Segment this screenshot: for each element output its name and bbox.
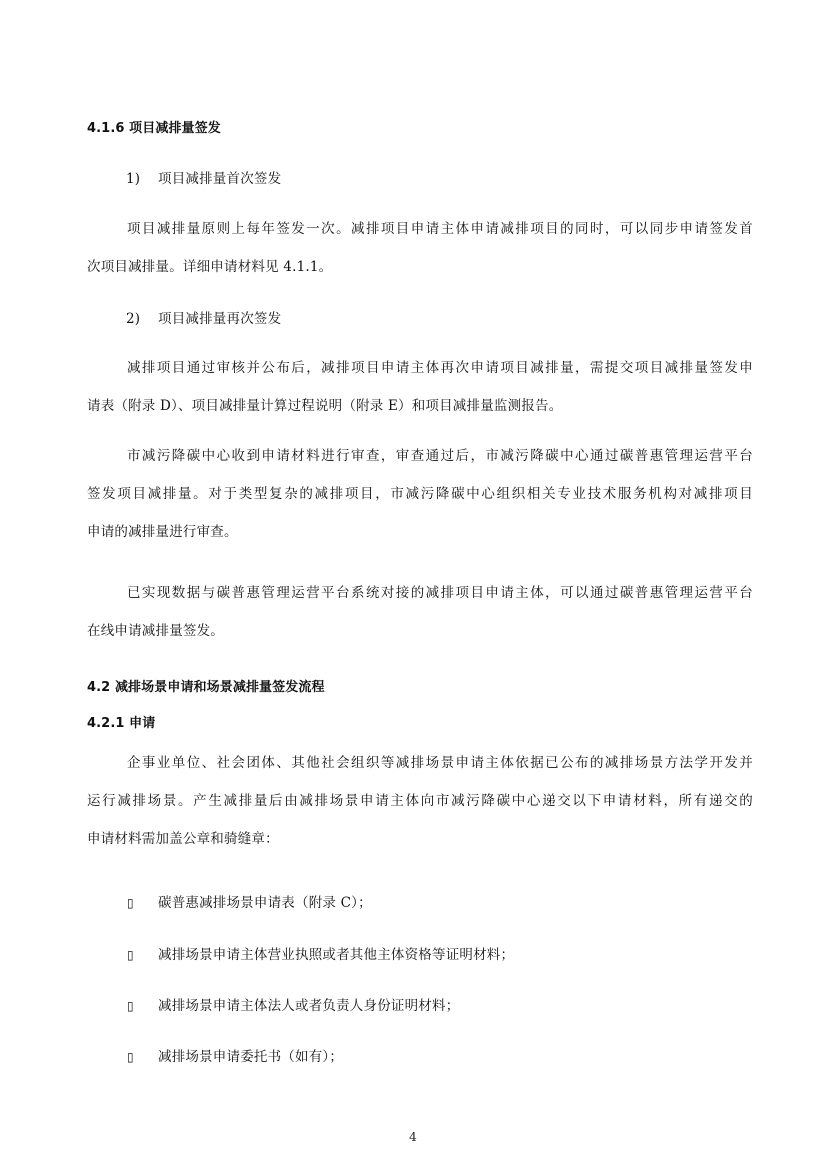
section-heading-4-1-6: 4.1.6 项目减排量签发 bbox=[87, 120, 221, 138]
bullet-item: 减排场景申请委托书（如有）； bbox=[158, 1048, 343, 1066]
document-page: 4.1.6 项目减排量签发 1) 项目减排量首次签发 项目减排量原则上每年签发一… bbox=[0, 0, 826, 1169]
bullet-box-icon: ▯ bbox=[127, 946, 134, 964]
bullet-item: 碳普惠减排场景申请表（附录 C）； bbox=[158, 894, 372, 912]
bullet-item: 减排场景申请主体营业执照或者其他主体资格等证明材料； bbox=[158, 946, 514, 964]
paragraph-line: 请表（附录 D）、项目减排量计算过程说明（附录 E）和项目减排量监测报告。 bbox=[87, 397, 562, 415]
subheading-re-issuance: 项目减排量再次签发 bbox=[158, 310, 281, 328]
bullet-box-icon: ▯ bbox=[127, 997, 134, 1015]
bullet-box-icon: ▯ bbox=[127, 894, 134, 912]
subheading-first-issuance: 项目减排量首次签发 bbox=[158, 170, 281, 188]
list-label-2: 2) bbox=[126, 310, 140, 328]
paragraph-line: 在线申请减排量签发。 bbox=[87, 622, 224, 640]
section-heading-4-2: 4.2 减排场景申请和场景减排量签发流程 bbox=[87, 679, 325, 697]
paragraph-line: 减排项目通过审核并公布后，减排项目申请主体再次申请项目减排量，需提交项目减排量签… bbox=[127, 359, 753, 377]
bullet-box-icon: ▯ bbox=[127, 1048, 134, 1066]
paragraph-line: 申请的减排量进行审查。 bbox=[87, 523, 238, 541]
page-number: 4 bbox=[0, 1130, 826, 1144]
paragraph-line: 签发项目减排量。对于类型复杂的减排项目，市减污降碳中心组织相关专业技术服务机构对… bbox=[87, 485, 753, 503]
section-heading-4-2-1: 4.2.1 申请 bbox=[87, 715, 155, 733]
paragraph-line: 申请材料需加盖公章和骑缝章： bbox=[87, 830, 279, 848]
paragraph-line: 项目减排量原则上每年签发一次。减排项目申请主体申请减排项目的同时，可以同步申请签… bbox=[127, 220, 753, 238]
paragraph-line: 次项目减排量。详细申请材料见 4.1.1。 bbox=[87, 258, 332, 276]
paragraph-line: 企事业单位、社会团体、其他社会组织等减排场景申请主体依据已公布的减排场景方法学开… bbox=[127, 754, 753, 772]
paragraph-line: 市减污降碳中心收到申请材料进行审查，审查通过后，市减污降碳中心通过碳普惠管理运营… bbox=[127, 447, 753, 465]
paragraph-line: 运行减排场景。产生减排量后由减排场景申请主体向市减污降碳中心递交以下申请材料，所… bbox=[87, 792, 753, 810]
bullet-item: 减排场景申请主体法人或者负责人身份证明材料； bbox=[158, 997, 459, 1015]
list-label-1: 1) bbox=[126, 170, 140, 188]
paragraph-line: 已实现数据与碳普惠管理运营平台系统对接的减排项目申请主体，可以通过碳普惠管理运营… bbox=[127, 584, 753, 602]
